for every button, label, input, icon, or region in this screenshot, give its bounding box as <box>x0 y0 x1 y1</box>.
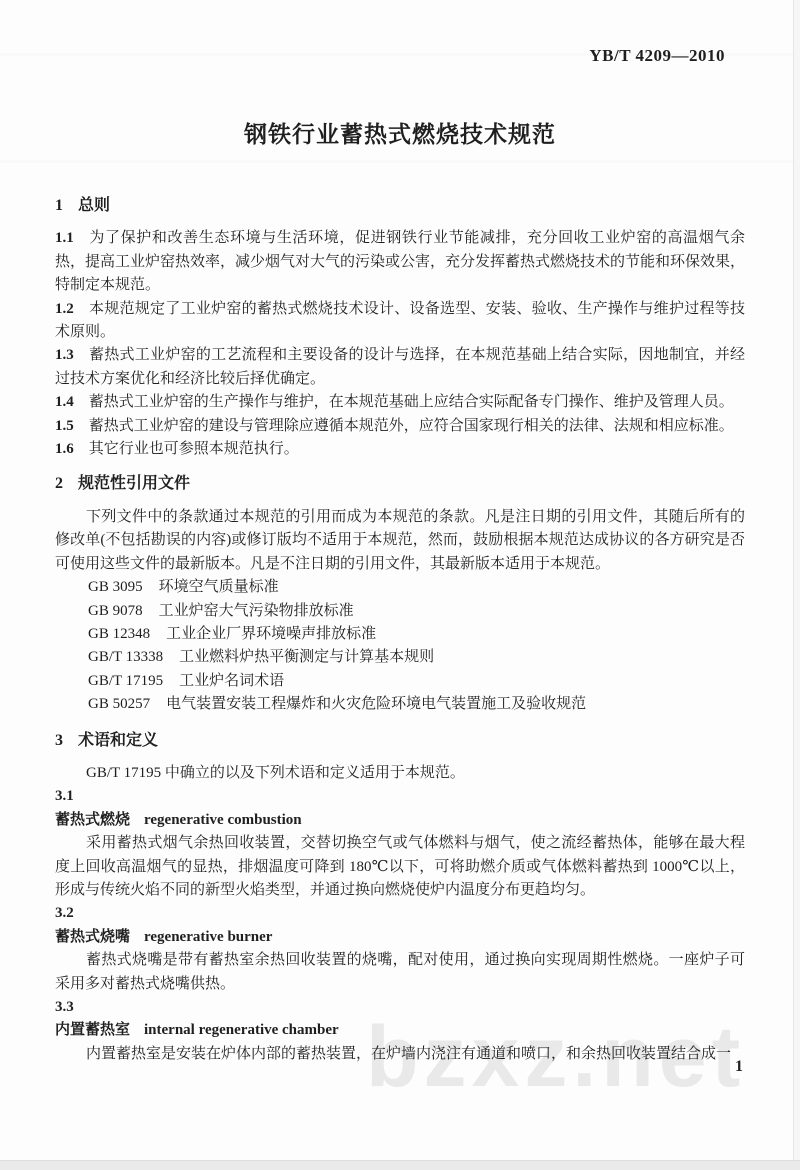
reference-item-gb3095: GB 3095环境空气质量标准 <box>88 576 745 599</box>
clause-1-2: 1.2本规范规定了工业炉窑的蓄热式燃烧技术设计、设备选型、安装、验收、生产操作与… <box>55 298 745 345</box>
clause-1-4: 1.4蓄热式工业炉窑的生产操作与维护，在本规范基础上应结合实际配备专门操作、维护… <box>55 391 745 414</box>
reference-item-gb12348: GB 12348工业企业厂界环境噪声排放标准 <box>88 623 745 646</box>
section-title: 术语和定义 <box>78 732 158 749</box>
term-title-en: internal regenerative chamber <box>130 1022 339 1038</box>
reference-title: 环境空气质量标准 <box>159 579 279 595</box>
term-title-zh: 蓄热式燃烧 <box>55 812 130 828</box>
reference-item-gb9078: GB 9078工业炉窑大气污染物排放标准 <box>88 600 745 623</box>
section-title: 规范性引用文件 <box>78 475 190 492</box>
term-3-1: 3.1 蓄热式燃烧regenerative combustion 采用蓄热式烟气… <box>55 785 745 902</box>
clause-text: 蓄热式工业炉窑的生产操作与维护，在本规范基础上应结合实际配备专门操作、维护及管理… <box>89 394 734 410</box>
section-number: 3 <box>55 732 78 749</box>
clause-number: 1.6 <box>55 441 89 457</box>
reference-item-gb50257: GB 50257电气装置安装工程爆炸和火灾危险环境电气装置施工及验收规范 <box>88 693 745 716</box>
section-1-heading: 1总则 <box>55 194 745 217</box>
section-number: 1 <box>55 197 78 214</box>
clause-1-6: 1.6其它行业也可参照本规范执行。 <box>55 438 745 461</box>
standard-code: YB/T 4209—2010 <box>589 46 725 66</box>
term-title-zh: 内置蓄热室 <box>55 1022 130 1038</box>
clause-number: 1.3 <box>55 347 89 363</box>
clause-1-3: 1.3蓄热式工业炉窑的工艺流程和主要设备的设计与选择，在本规范基础上结合实际，因… <box>55 344 745 391</box>
section-title: 总则 <box>78 197 110 214</box>
clause-text: 蓄热式工业炉窑的工艺流程和主要设备的设计与选择，在本规范基础上结合实际，因地制宜… <box>55 347 745 386</box>
clause-text: 其它行业也可参照本规范执行。 <box>89 441 299 457</box>
section-2-intro: 下列文件中的条款通过本规范的引用而成为本规范的条款。凡是注日期的引用文件，其随后… <box>55 506 745 576</box>
reference-title: 工业炉窑大气污染物排放标准 <box>159 603 354 619</box>
reference-item-gbt13338: GB/T 13338工业燃料炉热平衡测定与计算基本规则 <box>88 646 745 669</box>
reference-code: GB/T 13338 <box>88 649 179 665</box>
clause-text: 蓄热式工业炉窑的建设与管理除应遵循本规范外，应符合国家现行相关的法律、法规和相应… <box>89 418 734 434</box>
term-3-3: 3.3 内置蓄热室internal regenerative chamber 内… <box>55 996 745 1066</box>
document-body: 1总则 1.1为了保护和改善生态环境与生活环境，促进钢铁行业节能减排，充分回收工… <box>55 194 745 1066</box>
term-title-zh: 蓄热式烧嘴 <box>55 929 130 945</box>
reference-title: 工业企业厂界环境噪声排放标准 <box>166 626 376 642</box>
clause-1-1: 1.1为了保护和改善生态环境与生活环境，促进钢铁行业节能减排，充分回收工业炉窑的… <box>55 227 745 297</box>
term-title-en: regenerative combustion <box>130 812 302 828</box>
reference-code: GB 3095 <box>88 579 159 595</box>
section-3-intro: GB/T 17195 中确立的以及下列术语和定义适用于本规范。 <box>55 762 745 785</box>
term-definition: 采用蓄热式烟气余热回收装置，交替切换空气或气体燃料与烟气，使之流经蓄热体，能够在… <box>55 832 745 902</box>
section-3-heading: 3术语和定义 <box>55 729 745 752</box>
term-definition: 蓄热式烧嘴是带有蓄热室余热回收装置的烧嘴，配对使用，通过换向实现周期性燃烧。一座… <box>55 949 745 996</box>
clause-text: 为了保护和改善生态环境与生活环境，促进钢铁行业节能减排，充分回收工业炉窑的高温烟… <box>55 230 745 293</box>
reference-code: GB 50257 <box>88 696 166 712</box>
section-2-heading: 2规范性引用文件 <box>55 472 745 495</box>
term-number: 3.3 <box>55 996 745 1019</box>
clause-text: 本规范规定了工业炉窑的蓄热式燃烧技术设计、设备选型、安装、验收、生产操作与维护过… <box>55 301 745 340</box>
term-number: 3.2 <box>55 902 745 925</box>
reference-code: GB 12348 <box>88 626 166 642</box>
clause-1-5: 1.5蓄热式工业炉窑的建设与管理除应遵循本规范外，应符合国家现行相关的法律、法规… <box>55 415 745 438</box>
page-number: 1 <box>735 1058 743 1076</box>
reference-title: 工业燃料炉热平衡测定与计算基本规则 <box>179 649 434 665</box>
term-definition: 内置蓄热室是安装在炉体内部的蓄热装置，在炉墙内浇注有通道和喷口，和余热回收装置结… <box>55 1043 745 1066</box>
clause-number: 1.4 <box>55 394 89 410</box>
reference-title: 电气装置安装工程爆炸和火灾危险环境电气装置施工及验收规范 <box>166 696 586 712</box>
section-number: 2 <box>55 475 78 492</box>
term-title: 蓄热式烧嘴regenerative burner <box>55 926 745 949</box>
document-page: bzxz.net YB/T 4209—2010 钢铁行业蓄热式燃烧技术规范 1总… <box>0 0 800 1170</box>
clause-number: 1.2 <box>55 301 89 317</box>
clause-number: 1.1 <box>55 230 89 246</box>
scan-artifact-band <box>0 160 800 163</box>
term-3-2: 3.2 蓄热式烧嘴regenerative burner 蓄热式烧嘴是带有蓄热室… <box>55 902 745 996</box>
term-number: 3.1 <box>55 785 745 808</box>
reference-code: GB/T 17195 <box>88 673 179 689</box>
scan-edge-right <box>793 0 800 1170</box>
term-title: 蓄热式燃烧regenerative combustion <box>55 809 745 832</box>
clause-number: 1.5 <box>55 418 89 434</box>
scan-edge-bottom <box>0 1160 800 1170</box>
term-title-en: regenerative burner <box>130 929 272 945</box>
term-title: 内置蓄热室internal regenerative chamber <box>55 1019 745 1042</box>
document-title: 钢铁行业蓄热式燃烧技术规范 <box>0 116 800 149</box>
reference-title: 工业炉名词术语 <box>179 673 284 689</box>
reference-item-gbt17195: GB/T 17195工业炉名词术语 <box>88 670 745 693</box>
reference-code: GB 9078 <box>88 603 159 619</box>
